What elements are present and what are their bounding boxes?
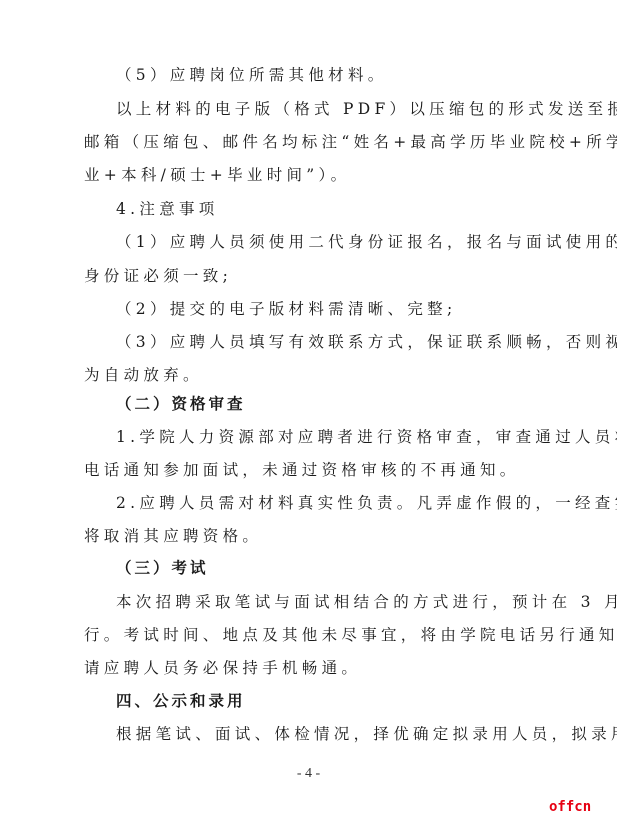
offcn-watermark: offcn — [549, 799, 591, 815]
paragraph-line: （5）应聘岗位所需其他材料。 — [116, 65, 576, 85]
paragraph-line: 为自动放弃。 — [84, 365, 544, 385]
paragraph-line: （1）应聘人员须使用二代身份证报名，报名与面试使用的 — [116, 232, 576, 252]
section-heading: （三）考试 — [116, 558, 576, 578]
paragraph-line: 2.应聘人员需对材料真实性负责。凡弄虚作假的，一经查实， — [116, 493, 576, 513]
paragraph-line: （2）提交的电子版材料需清晰、完整; — [116, 299, 576, 319]
paragraph-line: 以上材料的电子版（格式 PDF）以压缩包的形式发送至报名 — [116, 99, 576, 119]
paragraph-line: 行。考试时间、地点及其他未尽事宜，将由学院电话另行通知， — [84, 625, 544, 645]
paragraph-line: （3）应聘人员填写有效联系方式，保证联系顺畅，否则视 — [116, 332, 576, 352]
paragraph-line: 将取消其应聘资格。 — [84, 526, 544, 546]
section-heading: 四、公示和录用 — [116, 691, 576, 711]
paragraph-line: 邮箱（压缩包、邮件名均标注“姓名+最高学历毕业院校+所学专 — [84, 132, 544, 152]
document-page: （5）应聘岗位所需其他材料。以上材料的电子版（格式 PDF）以压缩包的形式发送至… — [0, 0, 617, 822]
section-heading: （二）资格审查 — [116, 394, 576, 414]
paragraph-line: 4.注意事项 — [116, 199, 576, 219]
paragraph-line: 本次招聘采取笔试与面试相结合的方式进行，预计在 3 月进 — [116, 592, 576, 612]
paragraph-line: 电话通知参加面试，未通过资格审核的不再通知。 — [84, 460, 544, 480]
paragraph-line: 请应聘人员务必保持手机畅通。 — [84, 658, 544, 678]
paragraph-line: 身份证必须一致; — [84, 266, 544, 286]
paragraph-line: 1.学院人力资源部对应聘者进行资格审查，审查通过人员将 — [116, 427, 576, 447]
paragraph-line: 业+本科/硕士+毕业时间”）。 — [84, 165, 544, 185]
paragraph-line: 根据笔试、面试、体检情况，择优确定拟录用人员，拟录用 — [116, 724, 576, 744]
page-number: - 4 - — [0, 766, 617, 782]
